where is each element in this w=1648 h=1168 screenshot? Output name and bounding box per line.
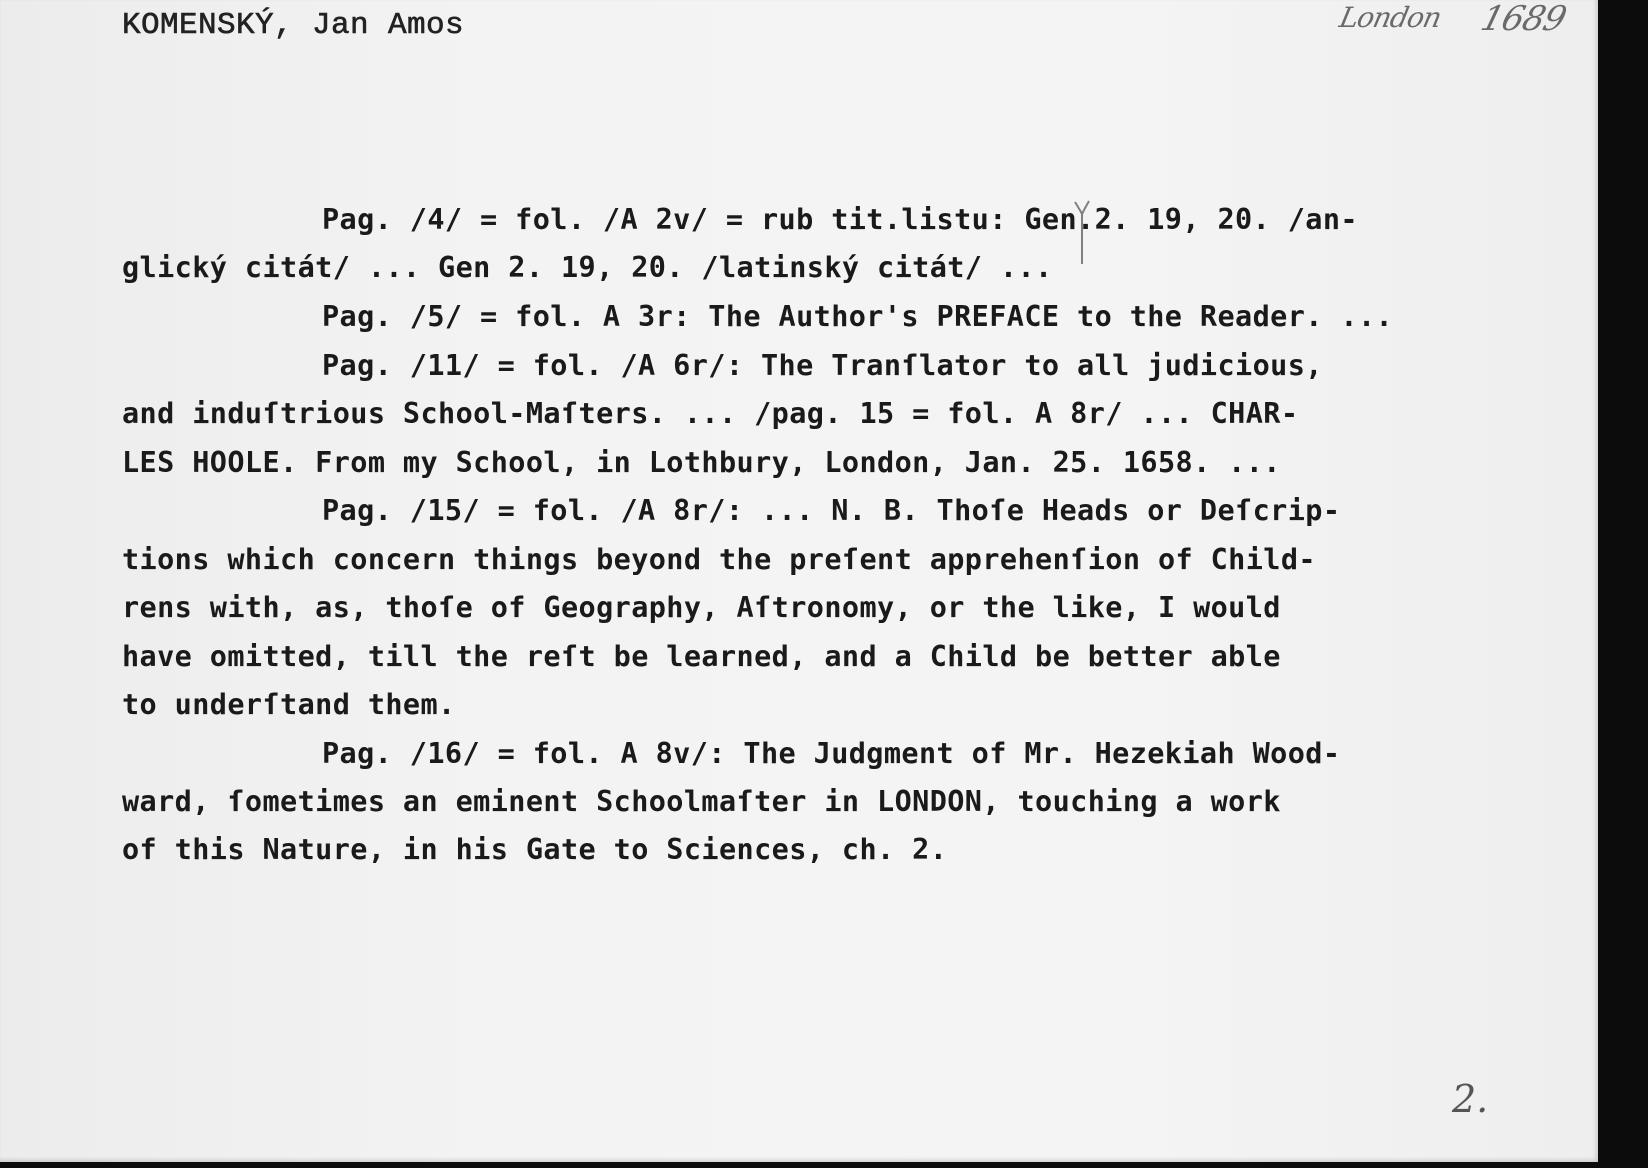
card-line: rens with, as, thoſe of Geography, Aſtro…	[122, 594, 1281, 623]
card-line: glický citát/ ... Gen 2. 19, 20. /latins…	[122, 254, 1053, 283]
card-line: to underſtand them.	[122, 691, 456, 720]
card-line: Pag. /5/ = fol. A 3r: The Author's PREFA…	[322, 303, 1393, 332]
scanned-catalog-card: KOMENSKÝ, Jan Amos London 1689 Pag. /4/ …	[0, 0, 1648, 1168]
pencil-correction-mark	[1073, 198, 1091, 268]
card-line: of this Nature, in his Gate to Sciences,…	[122, 836, 947, 865]
card-line: Pag. /15/ = fol. /A 8r/: ... N. B. Thoſe…	[322, 497, 1340, 526]
card-line: Pag. /16/ = fol. A 8v/: The Judgment of …	[322, 740, 1340, 769]
handwritten-card-number: 2.	[1452, 1080, 1488, 1118]
card-line: Pag. /4/ = fol. /A 2v/ = rub tit.listu: …	[322, 206, 1358, 235]
card-line: tions which concern things beyond the pr…	[122, 546, 1316, 575]
card-line: LES HOOLE. From my School, in Lothbury, …	[122, 449, 1281, 478]
card-line: ward, ſometimes an eminent Schoolmaſter …	[122, 788, 1281, 817]
card-heading-author: KOMENSKÝ, Jan Amos	[122, 10, 464, 41]
card-line: and induſtrious School-Maſters. ... /pag…	[122, 400, 1298, 429]
card-line: have omitted, till the reſt be learned, …	[122, 643, 1281, 672]
index-card: KOMENSKÝ, Jan Amos London 1689 Pag. /4/ …	[0, 0, 1598, 1162]
handwritten-year: 1689	[1477, 2, 1569, 36]
card-line: Pag. /11/ = fol. /A 6r/: The Tranſlator …	[322, 352, 1323, 381]
handwritten-place: London	[1337, 4, 1443, 32]
